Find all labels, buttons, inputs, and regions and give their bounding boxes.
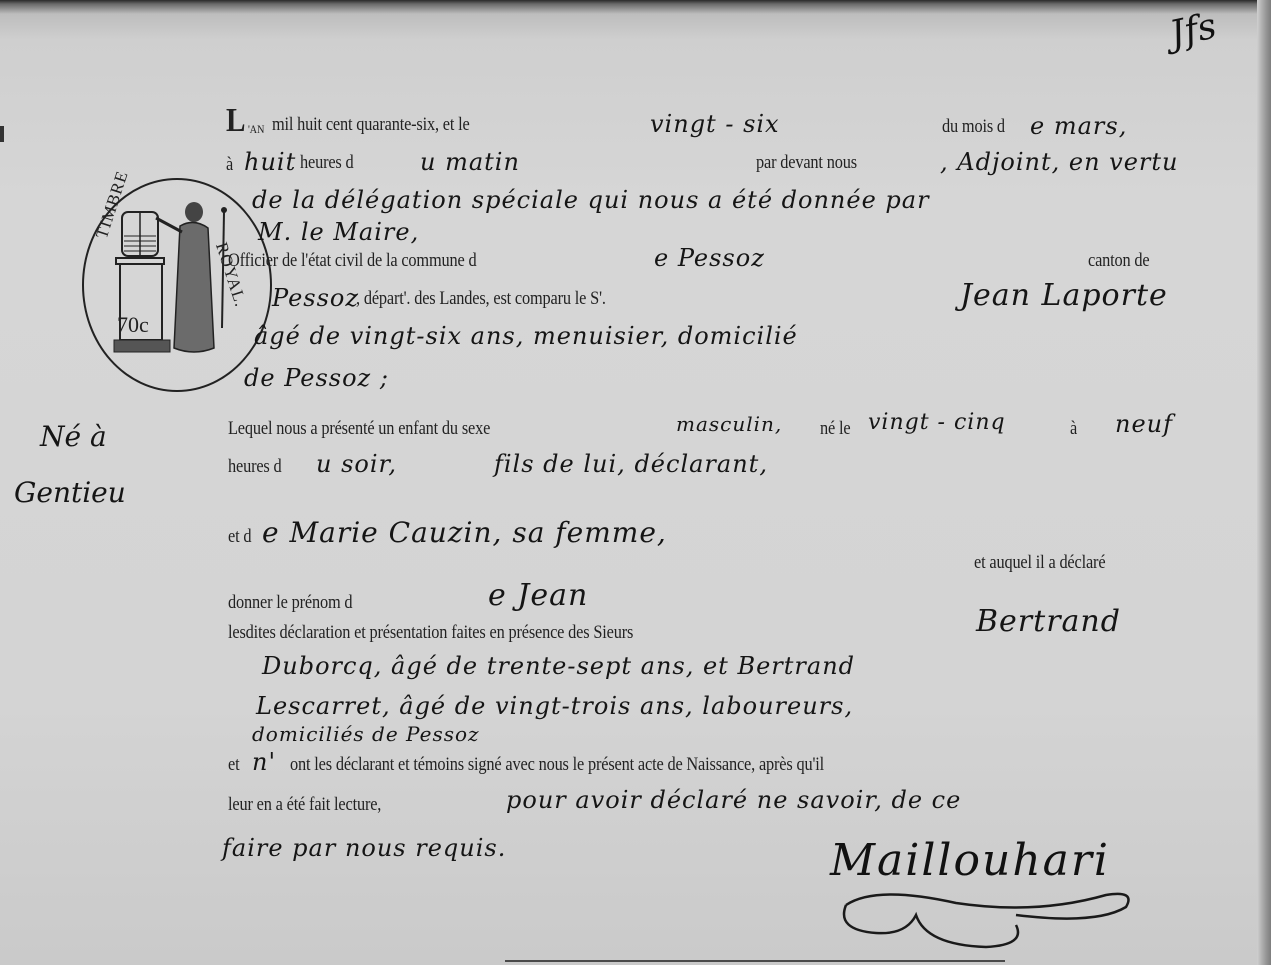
printed-text: Lequel nous a présenté un enfant du sexe: [228, 418, 490, 440]
printed-text: mil huit cent quarante-six, et le: [272, 114, 470, 136]
printed-text: donner le prénom d: [228, 592, 352, 614]
document-scan: Jfs TIMBRE ROYAL. 70c Né à Gentieu L 'AN…: [0, 0, 1271, 965]
margin-note-line2: Gentieu: [14, 476, 126, 509]
handwritten-text: n': [252, 748, 276, 776]
drop-cap: L: [226, 102, 245, 140]
printed-text: né le: [820, 418, 850, 440]
handwritten-text: âgé de vingt-six ans, menuisier, domicil…: [254, 322, 798, 350]
handwritten-birth-period: u soir,: [316, 450, 397, 478]
handwritten-sex: masculin,: [676, 412, 782, 436]
handwritten-text: pour avoir déclaré ne savoir, de ce: [506, 786, 961, 814]
handwritten-witness-1-first: Bertrand: [976, 604, 1121, 639]
printed-text: à: [226, 154, 233, 176]
printed-text: ont les déclarant et témoins signé avec …: [290, 754, 824, 776]
handwritten-text: de Pessoz ;: [244, 364, 389, 392]
handwritten-text: M. le Maire,: [258, 218, 419, 246]
handwritten-witness-1: Duborcq, âgé de trente-sept ans, et Bert…: [262, 652, 855, 680]
handwritten-hour: huit: [244, 148, 296, 176]
printed-text: du mois d: [942, 116, 1005, 138]
handwritten-birth-day: vingt - cinq: [868, 410, 1006, 435]
margin-mark: [0, 126, 4, 142]
handwritten-mother-name: e Marie Cauzin, sa femme,: [262, 516, 667, 549]
printed-text: canton de: [1088, 250, 1150, 272]
printed-text: heures d: [228, 456, 282, 478]
printed-text: et d: [228, 526, 251, 548]
handwritten-official: , Adjoint, en vertu: [940, 148, 1179, 176]
printed-text: par devant nous: [756, 152, 857, 174]
allegorical-figure-with-tablets-icon: [110, 198, 240, 368]
printed-text: heures d: [300, 152, 354, 174]
margin-note-line1: Né à: [40, 420, 107, 453]
handwritten-text: domiciliés de Pessoz: [252, 722, 480, 746]
stamp-value: 70c: [117, 312, 149, 338]
handwritten-birth-hour: neuf: [1115, 410, 1173, 438]
handwritten-text: fils de lui, déclarant,: [494, 450, 768, 478]
bottom-rule: [505, 960, 1005, 962]
handwritten-month: e mars,: [1030, 112, 1127, 140]
printed-text: leur en a été fait lecture,: [228, 794, 381, 816]
handwritten-canton: Pessoz: [272, 284, 359, 312]
handwritten-witness-2: Lescarret, âgé de vingt-trois ans, labou…: [256, 692, 853, 720]
handwritten-period: u matin: [420, 148, 520, 176]
official-signature: Maillouhari: [830, 835, 1110, 886]
handwritten-father-name: Jean Laporte: [960, 278, 1168, 313]
printed-text: et: [228, 754, 239, 776]
printed-text: lesdites déclaration et présentation fai…: [228, 622, 633, 644]
printed-text: , départ'. des Landes, est comparu le S'…: [356, 288, 606, 310]
printed-text: Officier de l'état civil de la commune d: [228, 250, 476, 272]
page-edge-shadow: [1257, 0, 1271, 965]
printed-text: 'AN: [248, 122, 264, 137]
handwritten-given-name: e Jean: [488, 578, 588, 613]
corner-initials: Jfs: [1166, 6, 1220, 56]
handwritten-commune: e Pessoz: [654, 244, 765, 272]
printed-text: à: [1070, 418, 1077, 440]
handwritten-text: faire par nous requis.: [222, 834, 506, 862]
handwritten-day: vingt - six: [650, 110, 780, 138]
signature-flourish-icon: [836, 885, 1156, 955]
printed-text: et auquel il a déclaré: [974, 552, 1105, 574]
handwritten-text: de la délégation spéciale qui nous a été…: [252, 186, 930, 214]
